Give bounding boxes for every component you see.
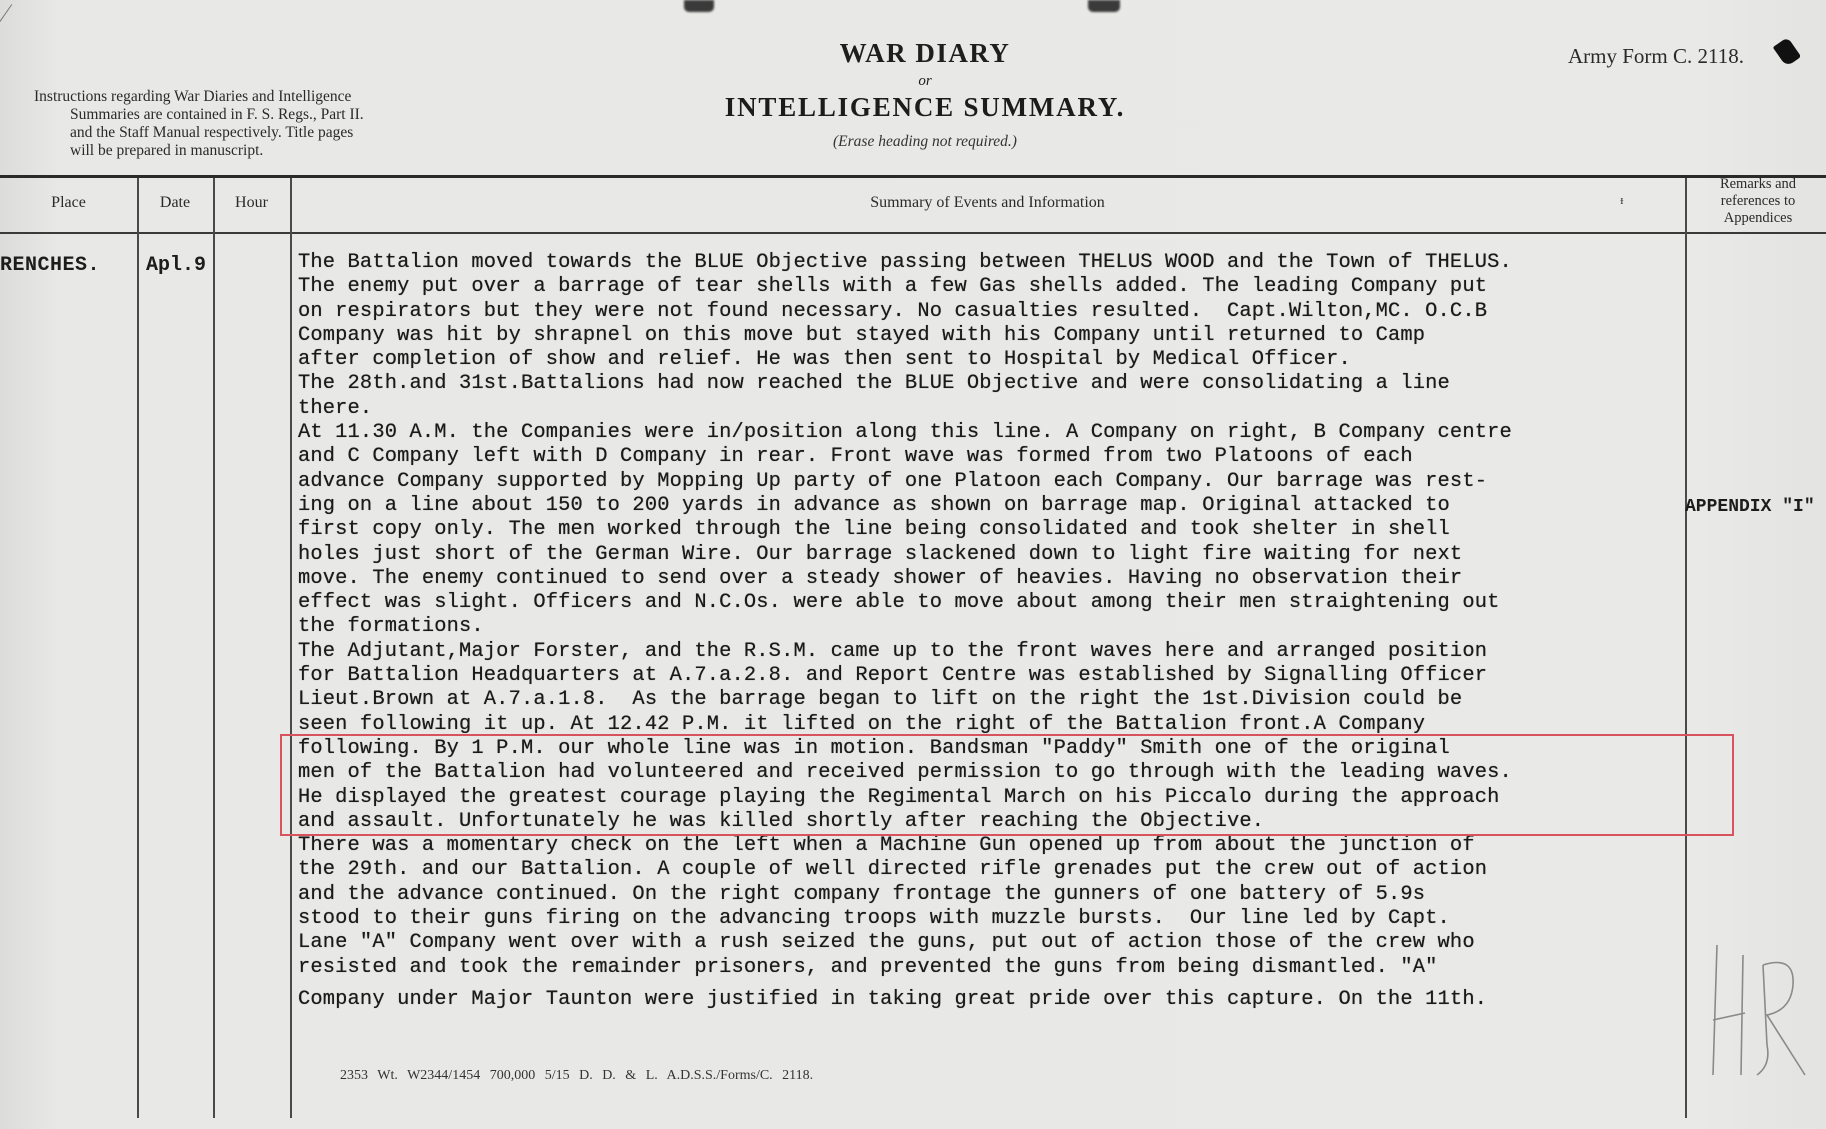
page-title: WAR DIARY — [690, 38, 1160, 69]
diary-line: stood to their guns firing on the advanc… — [298, 907, 1698, 931]
handwritten-initials — [1705, 925, 1815, 1085]
diary-line: The enemy put over a barrage of tear she… — [298, 275, 1698, 299]
diary-line: Lieut.Brown at A.7.a.1.8. As the barrage… — [298, 688, 1698, 712]
diary-line: men of the Battalion had volunteered and… — [298, 761, 1698, 785]
diary-line: Company was hit by shrapnel on this move… — [298, 324, 1698, 348]
printer-imprint: 2353 Wt. W2344/1454 700,000 5/15 D. D. &… — [340, 1068, 813, 1084]
diary-line: and the advance continued. On the right … — [298, 883, 1698, 907]
diary-line: following. By 1 P.M. our whole line was … — [298, 737, 1698, 761]
title-or: or — [690, 73, 1160, 90]
diary-line: and C Company left with D Company in rea… — [298, 445, 1698, 469]
diary-line: move. The enemy continued to send over a… — [298, 567, 1698, 591]
column-divider — [213, 178, 215, 1118]
remarks-header-line: Remarks and — [1690, 176, 1826, 193]
war-diary-page: Instructions regarding War Diaries and I… — [0, 0, 1826, 1129]
column-header-place: Place — [0, 194, 137, 212]
diary-line: The Battalion moved towards the BLUE Obj… — [298, 251, 1698, 275]
table-top-rule — [0, 175, 1826, 178]
title-block: WAR DIARY or INTELLIGENCE SUMMARY. (Eras… — [690, 38, 1160, 151]
entry-summary-text: The Battalion moved towards the BLUE Obj… — [298, 251, 1698, 1012]
pencil-mark — [0, 4, 24, 36]
form-id: Army Form C. 2118. — [1568, 44, 1744, 69]
diary-line: on respirators but they were not found n… — [298, 300, 1698, 324]
diary-line: Lane "A" Company went over with a rush s… — [298, 931, 1698, 955]
diary-line: The Adjutant,Major Forster, and the R.S.… — [298, 640, 1698, 664]
diary-line: first copy only. The men worked through … — [298, 518, 1698, 542]
diary-line: resisted and took the remainder prisoner… — [298, 956, 1698, 980]
entry-date: Apl.9 — [146, 254, 206, 277]
diary-line: after completion of show and relief. He … — [298, 348, 1698, 372]
column-header-hour: Hour — [213, 194, 290, 212]
column-header-remarks: Remarks and references to Appendices — [1690, 176, 1826, 227]
remarks-header-line: references to — [1690, 193, 1826, 210]
diary-line: effect was slight. Officers and N.C.Os. … — [298, 591, 1698, 615]
diary-line: and assault. Unfortunately he was killed… — [298, 810, 1698, 834]
instructions-note: Instructions regarding War Diaries and I… — [34, 88, 474, 160]
column-divider — [137, 178, 139, 1118]
diary-line: there. — [298, 397, 1698, 421]
remarks-header-line: Appendices — [1690, 210, 1826, 227]
instructions-line: will be prepared in manuscript. — [34, 142, 474, 160]
diary-line: At 11.30 A.M. the Companies were in/posi… — [298, 421, 1698, 445]
diary-line: the formations. — [298, 615, 1698, 639]
diary-line: for Battalion Headquarters at A.7.a.2.8.… — [298, 664, 1698, 688]
diary-line: seen following it up. At 12.42 P.M. it l… — [298, 713, 1698, 737]
diary-line: Company under Major Taunton were justifi… — [298, 988, 1698, 1012]
column-header-date: Date — [137, 194, 213, 212]
diary-line: The 28th.and 31st.Battalions had now rea… — [298, 372, 1698, 396]
page-subtitle: INTELLIGENCE SUMMARY. — [580, 92, 1270, 123]
appendix-reference: APPENDIX "I" — [1685, 497, 1815, 517]
diary-line: He displayed the greatest courage playin… — [298, 786, 1698, 810]
column-divider — [290, 178, 292, 1118]
ink-mark — [1773, 37, 1802, 67]
entry-place: RENCHES. — [0, 254, 100, 277]
diary-line: There was a momentary check on the left … — [298, 834, 1698, 858]
instructions-first-line: Instructions regarding War Diaries and I… — [34, 88, 474, 106]
diary-line: holes just short of the German Wire. Our… — [298, 543, 1698, 567]
header-bottom-rule — [0, 232, 1826, 234]
title-note: (Erase heading not required.) — [690, 133, 1160, 151]
diary-line: advance Company supported by Mopping Up … — [298, 470, 1698, 494]
column-header-summary: Summary of Events and Information — [290, 194, 1685, 212]
punch-hole-mark — [684, 0, 714, 12]
diary-line: the 29th. and our Battalion. A couple of… — [298, 858, 1698, 882]
punch-hole-mark — [1088, 0, 1120, 12]
diary-line: ing on a line about 150 to 200 yards in … — [298, 494, 1698, 518]
stray-mark: ᵻ — [1620, 192, 1624, 208]
instructions-line: Summaries are contained in F. S. Regs., … — [34, 106, 474, 124]
instructions-line: and the Staff Manual respectively. Title… — [34, 124, 474, 142]
